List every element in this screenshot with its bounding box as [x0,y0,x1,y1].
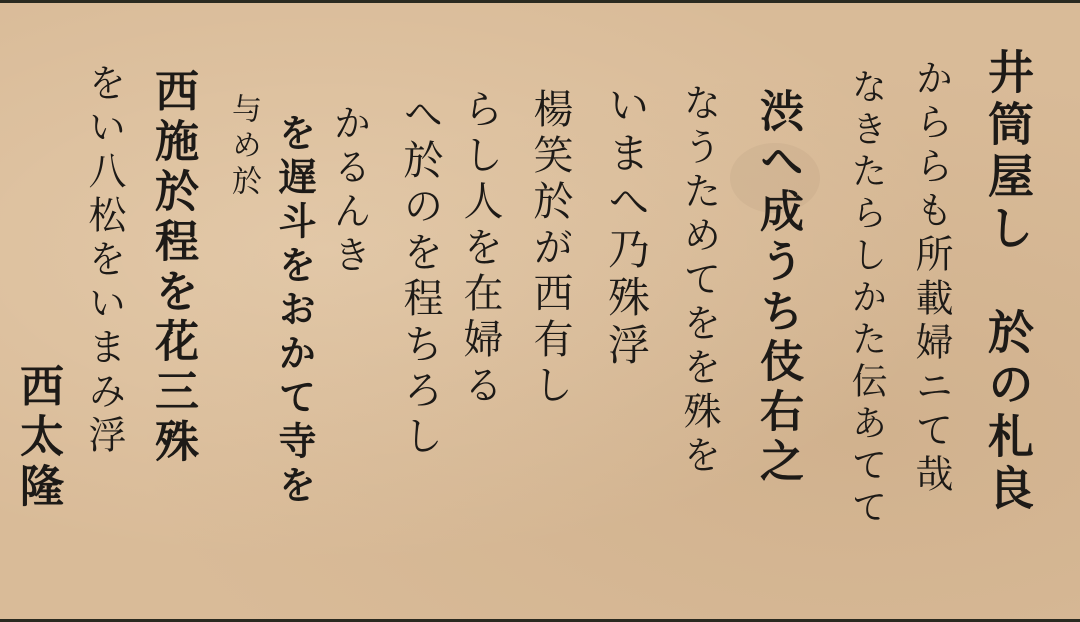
text-column-14: をい八松をいまみ浮 [85,63,123,459]
signature: 西太隆 [15,363,59,513]
text-column-8: らし人を在婦る [460,88,500,410]
text-column-3: なきたらしかた伝あてて [848,68,884,530]
text-column-6: いまへ乃殊浮 [605,83,647,371]
text-column-10: かるんき [330,103,368,279]
text-column-1: 井筒屋し 於の札良 [985,48,1031,516]
text-column-9: へ於のを程ちろし [400,93,440,461]
text-column-12: 与め於 [228,93,258,201]
text-column-4: 渋へ成うち伎右之 [755,88,799,488]
text-column-13: 西施於程を花三殊 [150,68,194,468]
text-column-11: を遅斗をおかて寺を [275,113,313,509]
text-column-2: かららも所載婦ニて哉 [912,58,950,498]
text-column-7: 楊笑於が西有し [530,88,570,410]
paper-sheet: 井筒屋し 於の札良 かららも所載婦ニて哉 なきたらしかた伝あてて 渋へ成うち伎右… [0,3,1080,619]
text-column-5: なうためてをを殊を [680,83,718,479]
